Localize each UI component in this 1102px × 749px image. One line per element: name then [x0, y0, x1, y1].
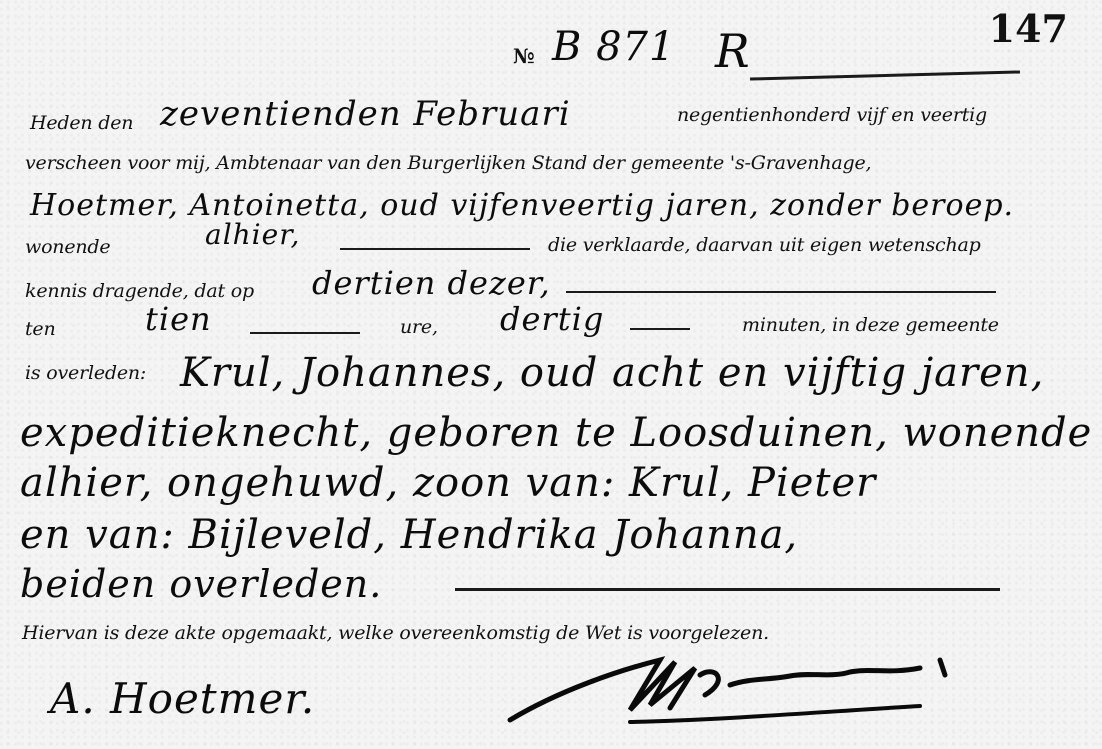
- fill-line: [630, 328, 690, 330]
- page-number: 147: [989, 6, 1068, 51]
- printed-closing: Hiervan is deze akte opgemaakt, welke ov…: [22, 622, 769, 644]
- handwritten-parents-deceased: beiden overleden.: [20, 562, 382, 606]
- printed-ten: ten: [25, 318, 56, 340]
- printed-verscheen: verscheen voor mij, Ambtenaar van den Bu…: [25, 152, 871, 174]
- signature-official: [500, 650, 1000, 740]
- act-number-underline: [750, 70, 1020, 80]
- printed-ure: ure,: [400, 316, 438, 338]
- handwritten-death-date: dertien dezer,: [312, 264, 551, 302]
- handwritten-date: zeventienden Februari: [160, 94, 571, 134]
- printed-minuten: minuten, in deze gemeente: [742, 314, 999, 336]
- certificate-page: № B 871 R 147 Heden den zeventienden Feb…: [0, 0, 1102, 749]
- handwritten-status-father: alhier, ongehuwd, zoon van: Krul, Pieter: [20, 460, 876, 506]
- signature-declarant: A. Hoetmer.: [50, 674, 315, 723]
- printed-kennis: kennis dragende, dat op: [25, 280, 254, 302]
- handwritten-declarant: Hoetmer, Antoinetta, oud vijfenveertig j…: [30, 188, 1014, 223]
- handwritten-occupation: expeditieknecht, geboren te Loosduinen, …: [20, 410, 1092, 456]
- handwritten-residence: alhier,: [205, 218, 300, 251]
- printed-is-overleden: is overleden:: [25, 362, 146, 384]
- fill-line: [455, 588, 1000, 591]
- printed-year: negentienhonderd vijf en veertig: [677, 104, 987, 126]
- printed-verklaarde: die verklaarde, daarvan uit eigen wetens…: [548, 234, 981, 256]
- act-number-sign: №: [513, 44, 535, 68]
- handwritten-minutes: dertig: [500, 300, 604, 338]
- act-number: B 871: [552, 24, 675, 70]
- handwritten-mother: en van: Bijleveld, Hendrika Johanna,: [20, 512, 798, 558]
- fill-line: [566, 291, 996, 293]
- handwritten-deceased: Krul, Johannes, oud acht en vijftig jare…: [180, 350, 1044, 396]
- printed-wonende: wonende: [25, 236, 110, 258]
- act-suffix: R: [715, 24, 751, 78]
- handwritten-hour: tien: [145, 300, 212, 338]
- fill-line: [340, 248, 530, 250]
- fill-line: [250, 332, 360, 334]
- printed-heden-den: Heden den: [30, 112, 133, 134]
